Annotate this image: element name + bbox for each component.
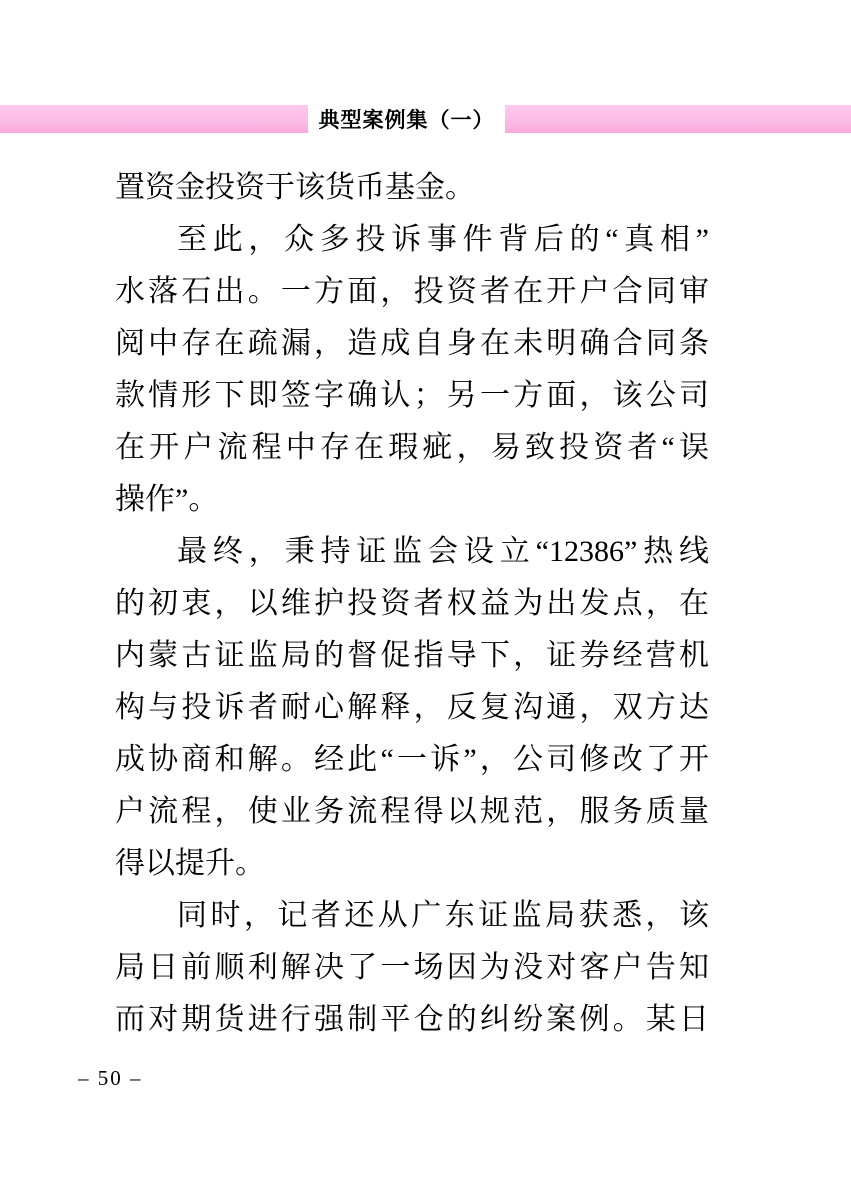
body-line: 局日前顺利解决了一场因为没对客户告知 xyxy=(115,942,709,994)
body-line: 阅中存在疏漏，造成自身在未明确合同条 xyxy=(115,318,709,370)
body-line: 构与投诉者耐心解释，反复沟通，双方达 xyxy=(115,682,709,734)
body-line: 水落石出。一方面，投资者在开户合同审 xyxy=(115,266,709,318)
body-line: 的初衷，以维护投资者权益为出发点，在 xyxy=(115,578,709,630)
page-number: – 50 – xyxy=(78,1066,143,1091)
body-line: 置资金投资于该货币基金。 xyxy=(115,162,709,214)
header-band-right-segment xyxy=(505,105,851,133)
body-line: 最终，秉持证监会设立“12386”热线 xyxy=(115,526,709,578)
header-band: 典型案例集（一） xyxy=(0,105,851,133)
page-title: 典型案例集（一） xyxy=(319,104,495,134)
body-line: 得以提升。 xyxy=(115,838,709,890)
body-line: 同时，记者还从广东证监局获悉，该 xyxy=(115,890,709,942)
body-line: 至此，众多投诉事件背后的“真相” xyxy=(115,214,709,266)
body-line: 而对期货进行强制平仓的纠纷案例。某日 xyxy=(115,994,709,1046)
body-line: 款情形下即签字确认；另一方面，该公司 xyxy=(115,370,709,422)
book-page: 典型案例集（一） 置资金投资于该货币基金。 至此，众多投诉事件背后的“真相” 水… xyxy=(0,0,851,1189)
body-line: 操作”。 xyxy=(115,474,709,526)
header-title-gap: 典型案例集（一） xyxy=(308,105,505,133)
body-text-block: 置资金投资于该货币基金。 至此，众多投诉事件背后的“真相” 水落石出。一方面，投… xyxy=(115,162,709,1046)
header-band-left-segment xyxy=(0,105,308,133)
body-line: 内蒙古证监局的督促指导下，证券经营机 xyxy=(115,630,709,682)
body-line: 成协商和解。经此“一诉”，公司修改了开 xyxy=(115,734,709,786)
body-line: 在开户流程中存在瑕疵，易致投资者“误 xyxy=(115,422,709,474)
body-line: 户流程，使业务流程得以规范，服务质量 xyxy=(115,786,709,838)
